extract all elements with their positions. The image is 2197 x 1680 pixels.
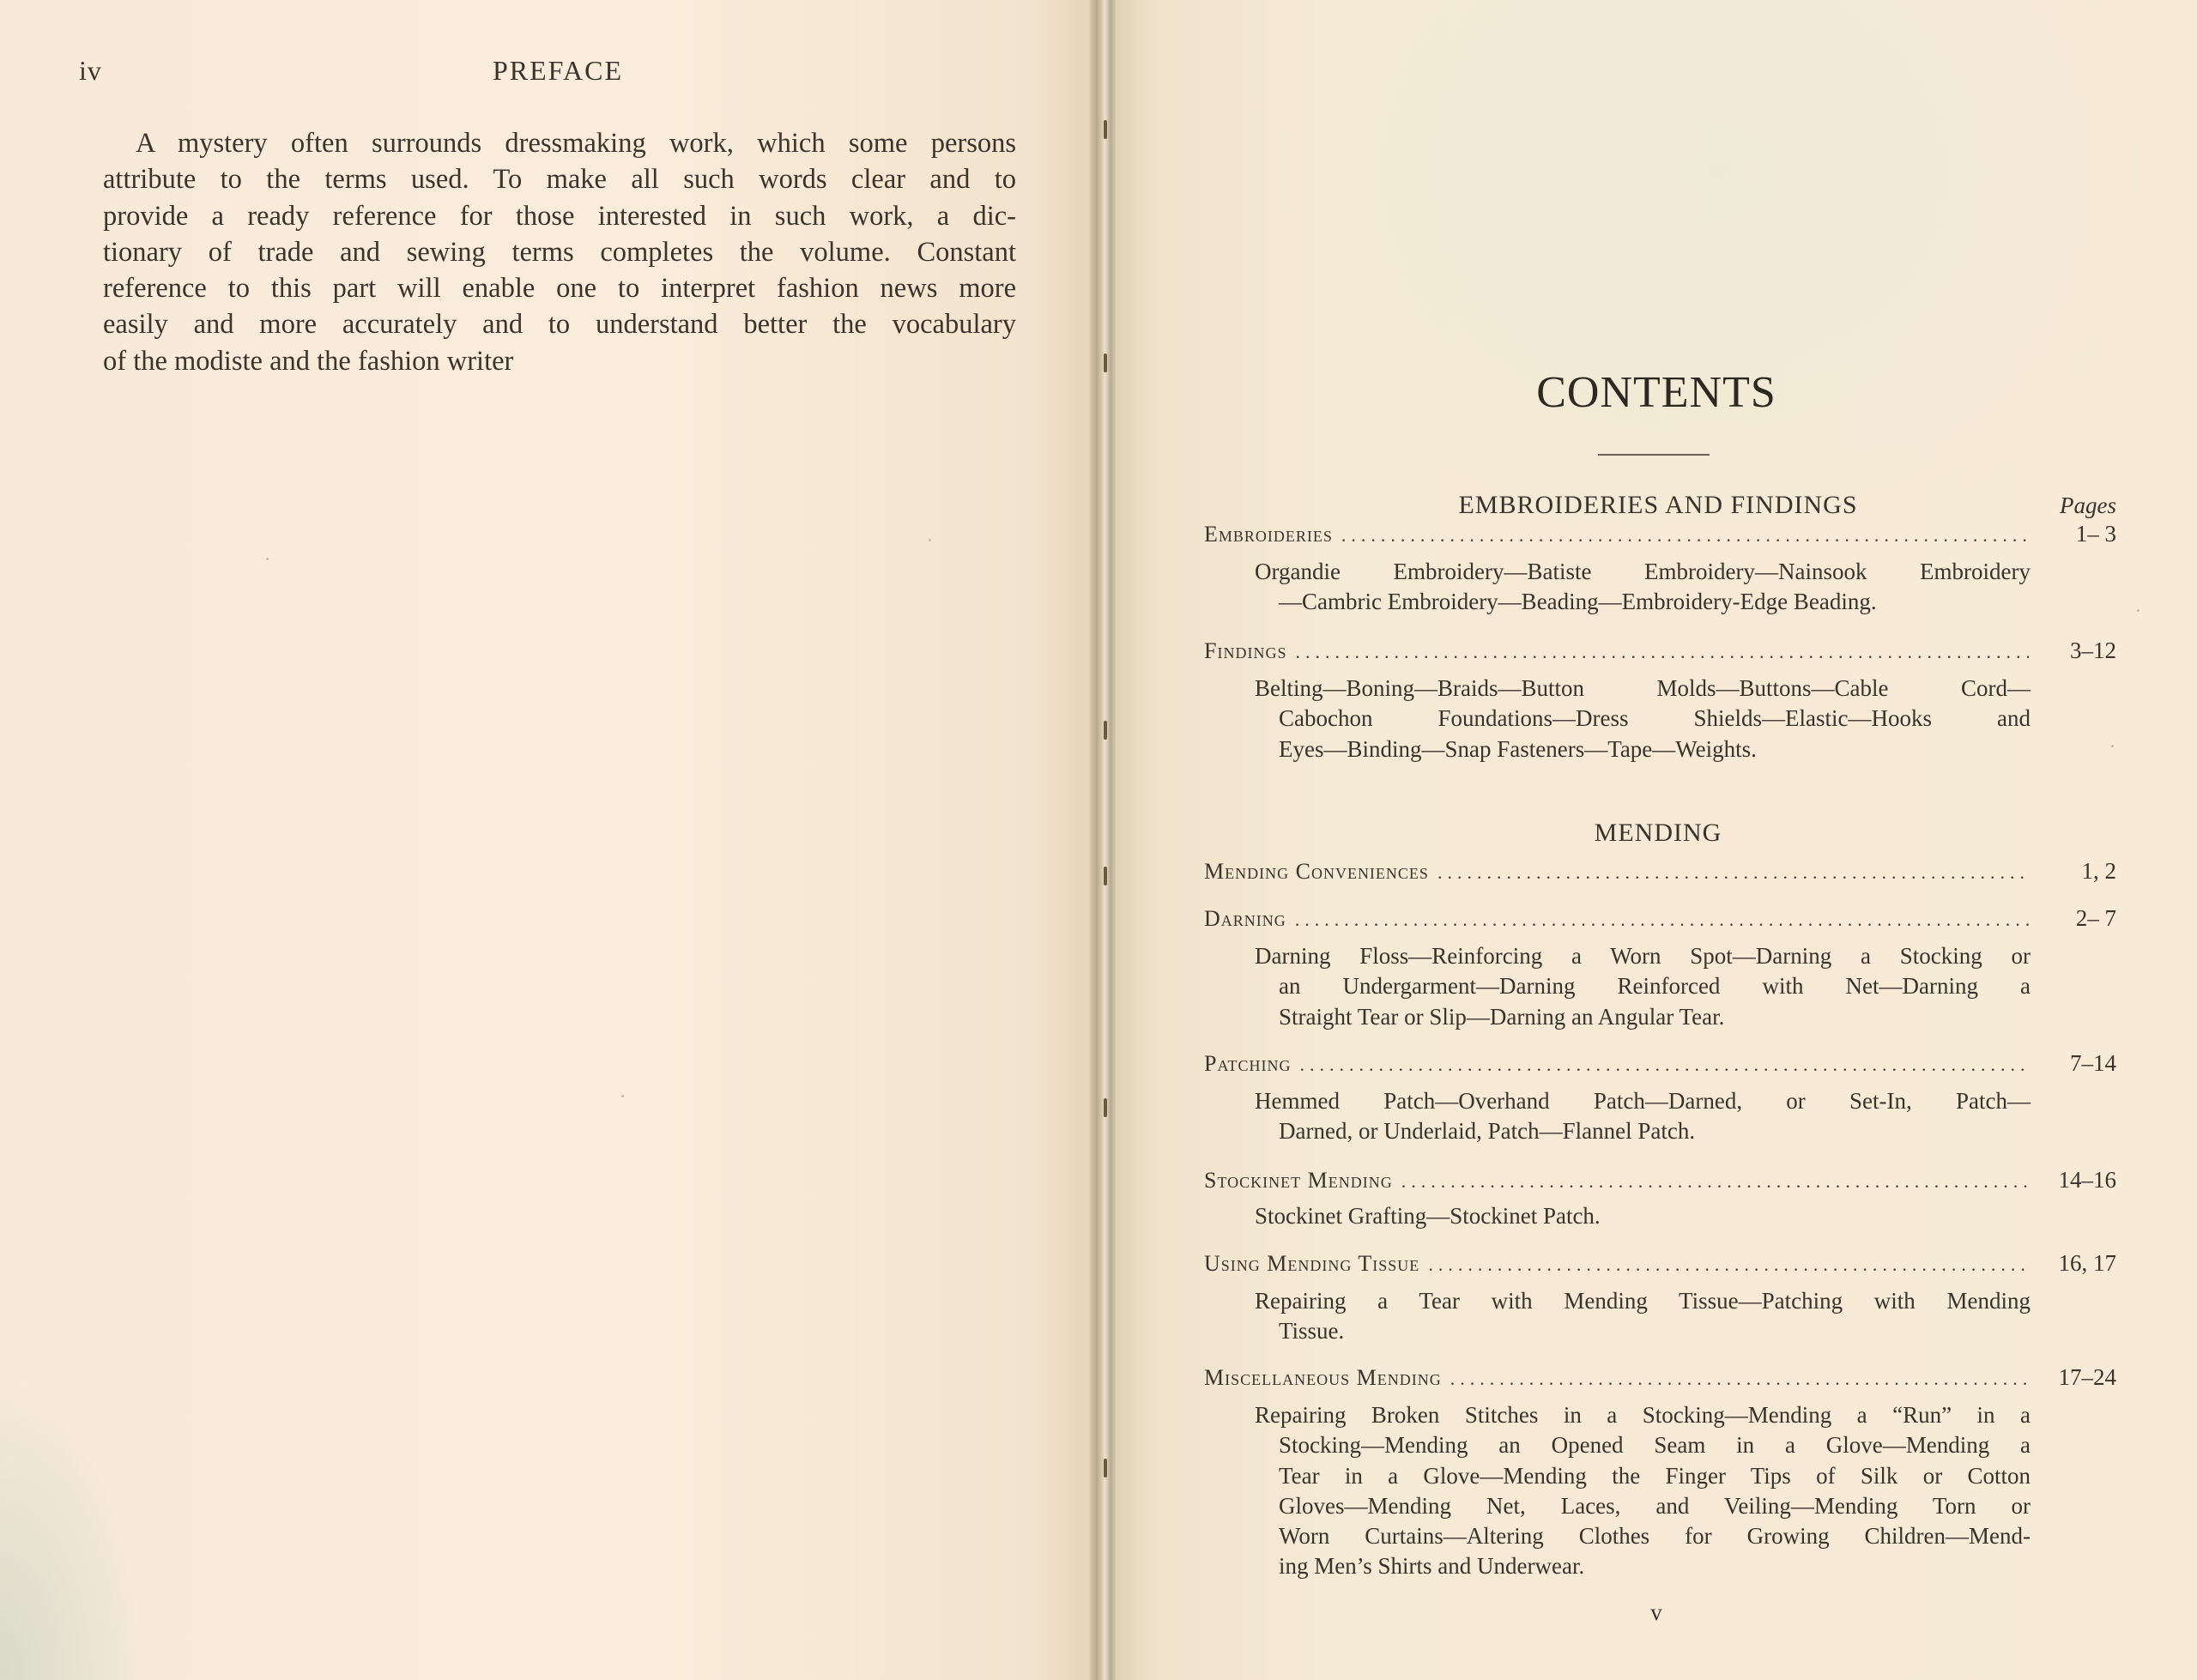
description-line: Tissue. — [1255, 1316, 2031, 1346]
toc-entry-title: Stockinet Mending — [1204, 1168, 1393, 1194]
toc-entry-description: Stockinet Grafting—Stockinet Patch. — [1255, 1201, 2031, 1231]
toc-entry-title: Embroideries — [1204, 522, 1333, 547]
binding-stitch — [1104, 1098, 1107, 1117]
description-line: Cabochon Foundations—Dress Shields—Elast… — [1255, 704, 2031, 734]
preface-line: attribute to the terms used. To make all… — [103, 161, 1016, 197]
toc-entry-title: Mending Conveniences — [1204, 859, 1429, 885]
description-line: Darning Floss—Reinforcing a Worn Spot—Da… — [1255, 941, 2031, 971]
pages-column-label: Pages — [2043, 493, 2116, 519]
preface-line: reference to this part will enable one t… — [103, 270, 1016, 306]
preface-paragraph: A mystery often surrounds dressmaking wo… — [103, 125, 1016, 379]
toc-entry-pages: 1, 2 — [2037, 858, 2116, 885]
toc-entry-description: Repairing Broken Stitches in a Stocking—… — [1255, 1400, 2031, 1582]
description-line: an Undergarment—Darning Reinforced with … — [1255, 971, 2031, 1001]
paper-speck — [266, 558, 269, 560]
section-heading-mending: MENDING — [1358, 819, 1958, 848]
description-line: Repairing a Tear with Mending Tissue—Pat… — [1255, 1286, 2031, 1316]
description-line: Stockinet Grafting—Stockinet Patch. — [1255, 1201, 2031, 1231]
description-line: Worn Curtains—Altering Clothes for Growi… — [1255, 1521, 2031, 1551]
preface-line: tionary of trade and sewing terms comple… — [103, 234, 1016, 270]
title-rule-divider — [1598, 454, 1710, 456]
dot-leader: ........................................… — [1450, 1368, 2029, 1390]
description-line: Eyes—Binding—Snap Fasteners—Tape—Weights… — [1255, 734, 2031, 764]
toc-entry-miscellaneous-mending[interactable]: Miscellaneous Mending ..................… — [1204, 1364, 2116, 1393]
toc-entry-pages: 17–24 — [2037, 1364, 2116, 1391]
toc-entry-patching[interactable]: Patching ...............................… — [1204, 1050, 2116, 1079]
section-heading-embroideries-and-findings: EMBROIDERIES AND FINDINGS — [1358, 491, 1958, 520]
paper-speck — [621, 1095, 624, 1097]
running-head-preface: PREFACE — [446, 55, 669, 87]
toc-entry-pages: 16, 17 — [2037, 1250, 2116, 1277]
toc-entry-mending-conveniences[interactable]: Mending Conveniences ...................… — [1204, 858, 2116, 887]
page-number-left: iv — [79, 55, 102, 87]
toc-entry-title: Miscellaneous Mending — [1204, 1365, 1442, 1391]
toc-entry-title: Darning — [1204, 906, 1286, 932]
toc-entry-title: Findings — [1204, 638, 1286, 664]
paper-speck — [929, 539, 931, 541]
description-line: Belting—Boning—Braids—Button Molds—Butto… — [1255, 674, 2031, 704]
toc-entry-using-mending-tissue[interactable]: Using Mending Tissue ...................… — [1204, 1250, 2116, 1279]
book-spine-gutter — [1090, 0, 1117, 1680]
dot-leader: ........................................… — [1295, 909, 2029, 931]
preface-line: A mystery often surrounds dressmaking wo… — [103, 125, 1016, 161]
binding-stitch — [1104, 721, 1107, 740]
dot-leader: ........................................… — [1299, 1054, 2029, 1076]
toc-entry-pages: 14–16 — [2037, 1167, 2116, 1194]
preface-line: easily and more accurately and to unders… — [103, 306, 1016, 342]
dot-leader: ........................................… — [1295, 641, 2029, 663]
toc-entry-pages: 1– 3 — [2037, 521, 2116, 547]
description-line: Organdie Embroidery—Batiste Embroidery—N… — [1255, 557, 2031, 587]
dot-leader: ........................................… — [1428, 1254, 2029, 1276]
toc-entry-pages: 7–14 — [2037, 1050, 2116, 1077]
page-number-right: v — [1631, 1599, 1682, 1626]
toc-entry-findings[interactable]: Findings ...............................… — [1204, 638, 2116, 667]
paper-speck — [2137, 609, 2140, 612]
dot-leader: ........................................… — [1341, 524, 2029, 547]
toc-entry-darning[interactable]: Darning ................................… — [1204, 905, 2116, 934]
toc-entry-embroideries[interactable]: Embroideries ...........................… — [1204, 521, 2116, 550]
toc-entry-pages: 3–12 — [2037, 638, 2116, 664]
description-line: Tear in a Glove—Mending the Finger Tips … — [1255, 1461, 2031, 1491]
paper-speck — [2111, 745, 2114, 747]
contents-title: CONTENTS — [1459, 367, 1854, 418]
toc-entry-pages: 2– 7 — [2037, 905, 2116, 932]
toc-entry-description: Belting—Boning—Braids—Button Molds—Butto… — [1255, 674, 2031, 764]
description-line: ing Men’s Shirts and Underwear. — [1255, 1551, 2031, 1581]
description-line: —Cambric Embroidery—Beading—Embroidery-E… — [1255, 587, 2031, 617]
toc-entry-title: Patching — [1204, 1051, 1291, 1077]
description-line: Repairing Broken Stitches in a Stocking—… — [1255, 1400, 2031, 1430]
dot-leader: ........................................… — [1401, 1170, 2029, 1193]
binding-stitch — [1104, 1459, 1107, 1478]
toc-entry-description: Organdie Embroidery—Batiste Embroidery—N… — [1255, 557, 2031, 618]
preface-line: of the modiste and the fashion writer — [103, 343, 1016, 379]
toc-entry-description: Hemmed Patch—Overhand Patch—Darned, or S… — [1255, 1086, 2031, 1147]
description-line: Stocking—Mending an Opened Seam in a Glo… — [1255, 1430, 2031, 1460]
description-line: Darned, or Underlaid, Patch—Flannel Patc… — [1255, 1116, 2031, 1146]
dot-leader: ........................................… — [1437, 861, 2029, 884]
binding-stitch — [1104, 867, 1107, 885]
description-line: Hemmed Patch—Overhand Patch—Darned, or S… — [1255, 1086, 2031, 1116]
toc-entry-stockinet-mending[interactable]: Stockinet Mending ......................… — [1204, 1167, 2116, 1196]
toc-entry-description: Darning Floss—Reinforcing a Worn Spot—Da… — [1255, 941, 2031, 1032]
preface-line: provide a ready reference for those inte… — [103, 198, 1016, 234]
description-line: Gloves—Mending Net, Laces, and Veiling—M… — [1255, 1491, 2031, 1521]
binding-stitch — [1104, 120, 1107, 139]
binding-stitch — [1104, 354, 1107, 372]
description-line: Straight Tear or Slip—Darning an Angular… — [1255, 1002, 2031, 1032]
toc-entry-description: Repairing a Tear with Mending Tissue—Pat… — [1255, 1286, 2031, 1347]
toc-entry-title: Using Mending Tissue — [1204, 1251, 1419, 1277]
